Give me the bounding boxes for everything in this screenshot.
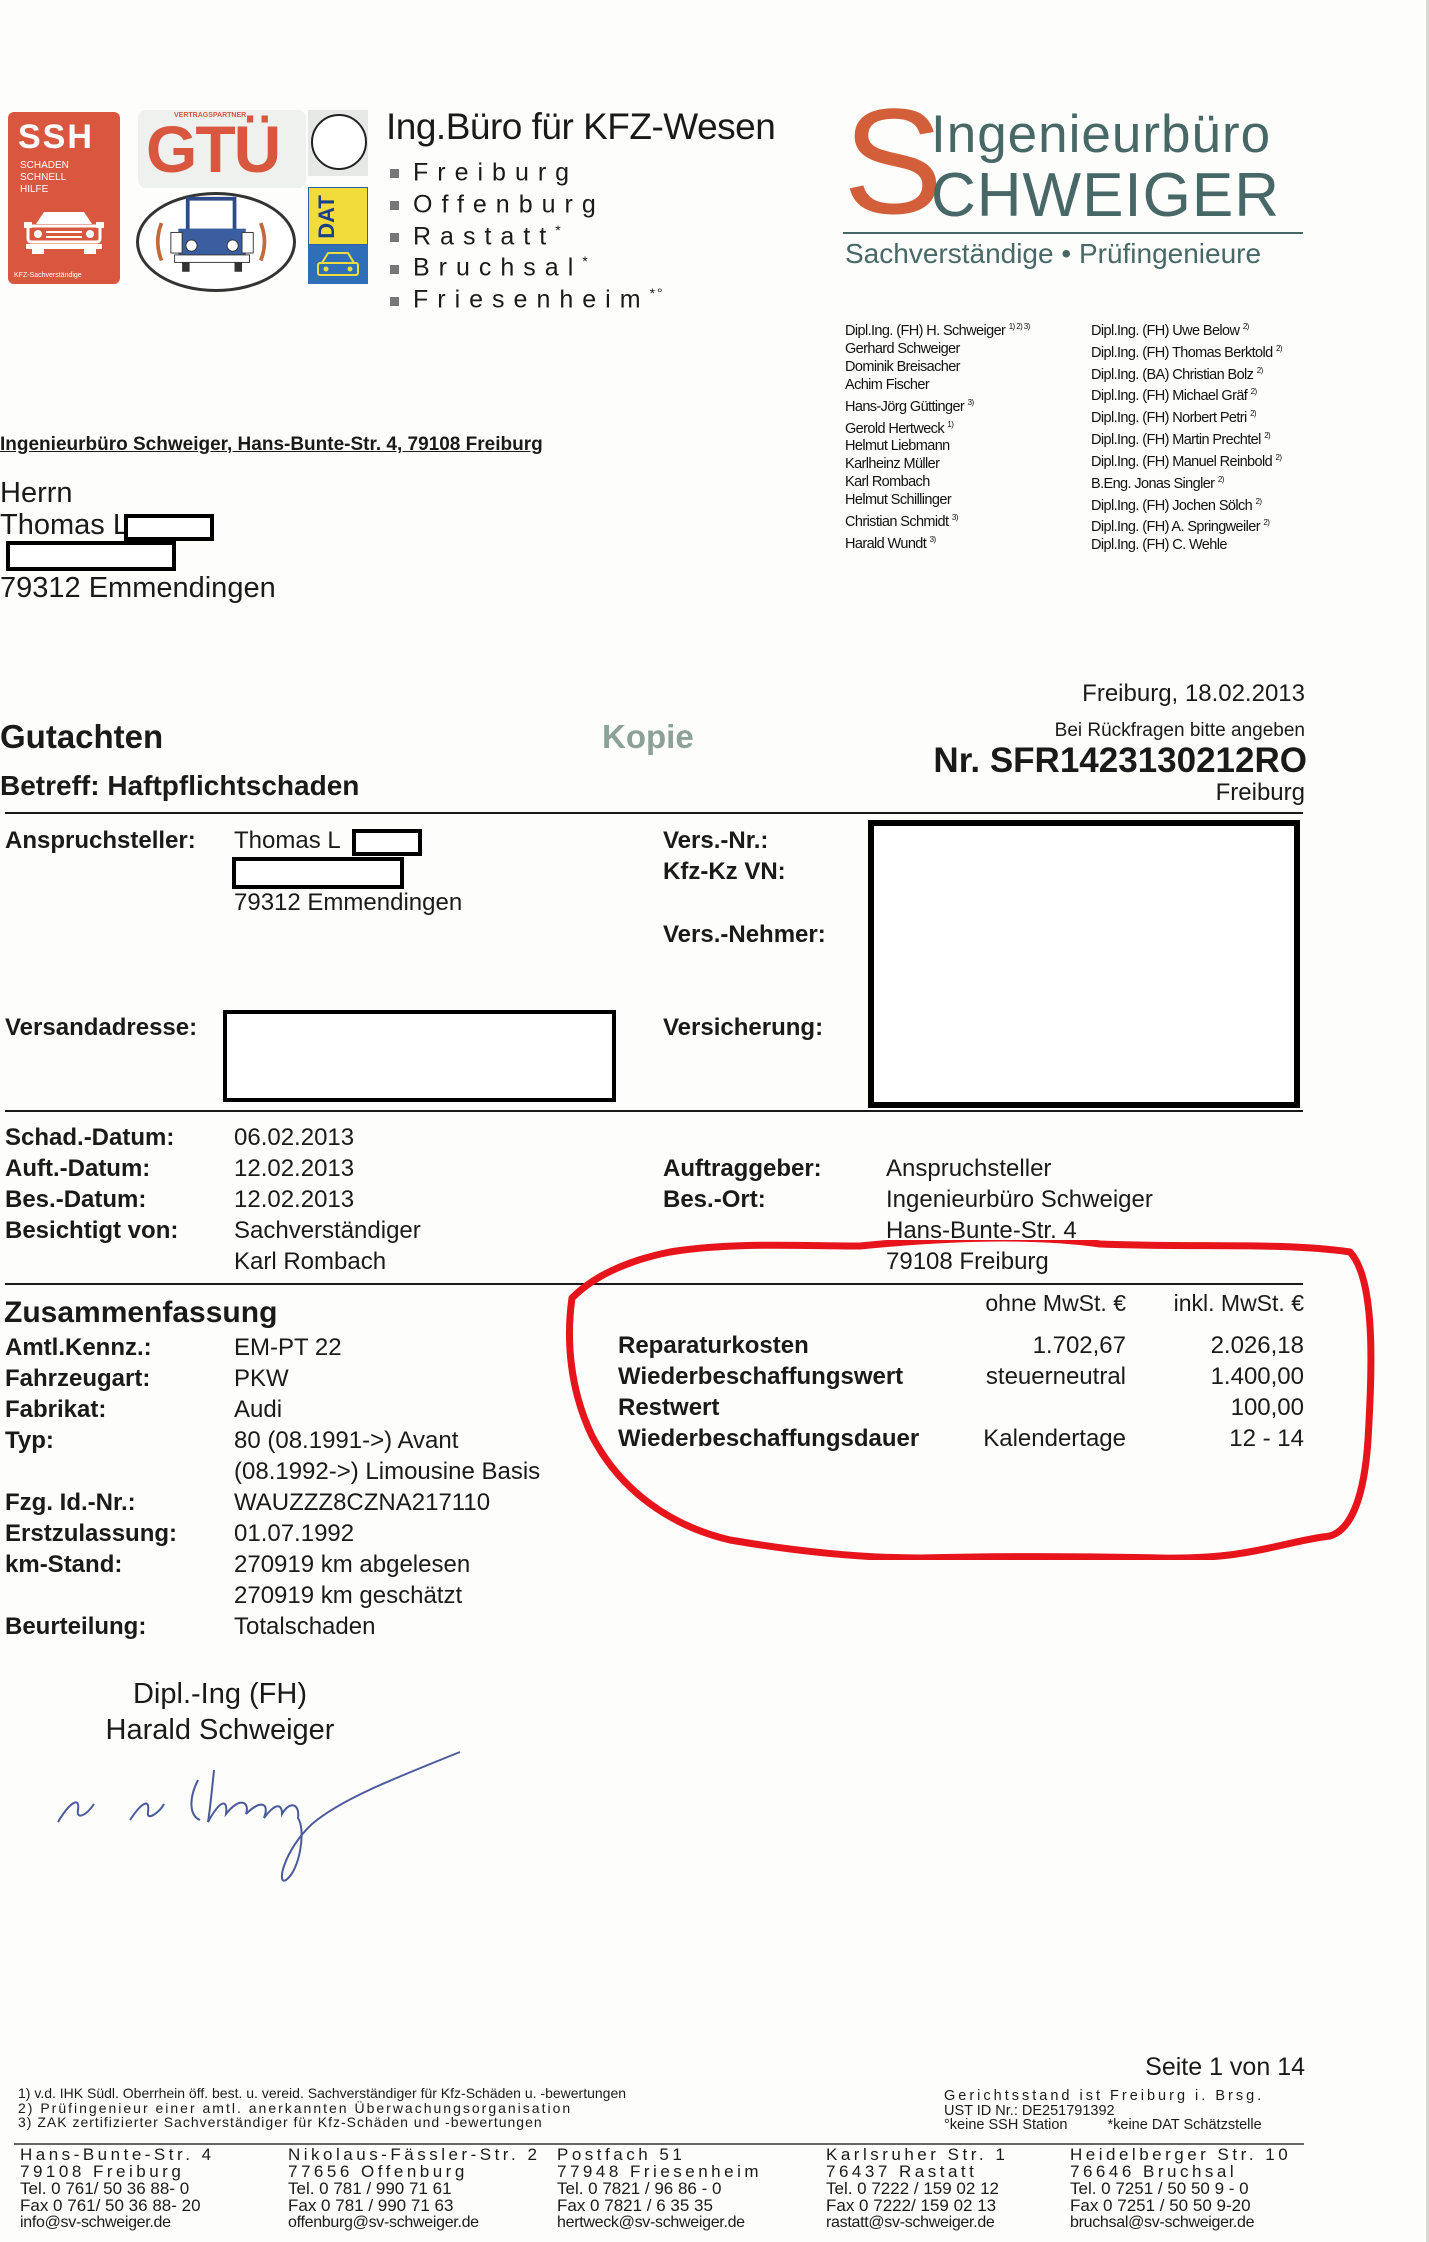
staff-member: Hans-Jörg Güttinger 3): [845, 394, 1030, 416]
brand-divider: [843, 232, 1303, 234]
cost-gross: 100,00: [1231, 1394, 1304, 1422]
staff-member: Harald Wundt 3): [845, 531, 1030, 553]
field-value: 270919 km abgelesen: [234, 1549, 470, 1580]
field-value: (08.1992->) Limousine Basis: [234, 1456, 540, 1487]
field-label: Fahrzeugart:: [5, 1363, 150, 1394]
divider: [5, 812, 1303, 814]
divider: [5, 1110, 1303, 1112]
office-address-line: 79108 Freiburg: [20, 2163, 215, 2180]
bullet-icon: [390, 233, 399, 242]
claimant-label: Anspruchsteller:: [5, 827, 196, 855]
cost-row: Reparaturkosten1.702,672.026,18: [618, 1332, 1304, 1363]
office-fax: Fax 0 781 / 990 71 63: [288, 2197, 540, 2214]
cost-row: Wiederbeschaffungswertsteuerneutral1.400…: [618, 1363, 1304, 1394]
cost-label: Reparaturkosten: [618, 1332, 809, 1360]
shipping-address-label: Versandadresse:: [5, 1014, 197, 1042]
legal-info: Gerichtsstand ist Freiburg i. Brsg. UST …: [944, 2089, 1264, 2133]
ssh-logo-footer: KFZ-Sachverständige: [14, 272, 82, 279]
brand-initial: S: [843, 86, 943, 236]
office-address-line: Karlsruher Str. 1: [826, 2146, 1008, 2163]
inspection-sticker-icon: [308, 110, 368, 176]
handwritten-signature: [50, 1740, 510, 1890]
office-email[interactable]: info@sv-schweiger.de: [20, 2214, 215, 2231]
field-value: 79108 Freiburg: [886, 1246, 1049, 1277]
footnote-ref: 1): [947, 420, 953, 429]
branch-item: Offenburg: [390, 186, 665, 218]
cost-label: Wiederbeschaffungsdauer: [618, 1425, 919, 1453]
staff-member: Dipl.Ing. (FH) Norbert Petri 2): [1091, 405, 1282, 427]
cost-gross: 1.400,00: [1211, 1363, 1304, 1391]
footnote-ref: 2): [1250, 409, 1256, 418]
office-address-line: Postfach 51: [557, 2146, 762, 2163]
staff-member: Achim Fischer: [845, 376, 1030, 394]
field-value: PKW: [234, 1363, 289, 1394]
staff-member: Dominik Breisacher: [845, 358, 1030, 376]
field-label: Bes.-Ort:: [663, 1184, 766, 1215]
cost-label: Wiederbeschaffungswert: [618, 1363, 903, 1391]
footnote-ref: 2): [1243, 322, 1249, 331]
office-phone: Tel. 0 7251 / 50 50 9 - 0: [1070, 2180, 1291, 2197]
field-label: Amtl.Kennz.:: [5, 1332, 152, 1363]
dat-title: DAT: [314, 195, 340, 239]
staff-member: Karl Rombach: [845, 473, 1030, 491]
office-contact: Karlsruher Str. 176437 RastattTel. 0 722…: [826, 2146, 1008, 2231]
staff-member: Dipl.Ing. (FH) A. Springweiler 2): [1091, 514, 1282, 536]
cost-row: Restwert100,00: [618, 1394, 1304, 1425]
field-label: Fzg. Id.-Nr.:: [5, 1487, 136, 1518]
field-value: Audi: [234, 1394, 282, 1425]
office-fax: Fax 0 7222/ 159 02 13: [826, 2197, 1008, 2214]
staff-member: Dipl.Ing. (FH) H. Schweiger 1) 2) 3): [845, 318, 1030, 340]
office-contact: Nikolaus-Fässler-Str. 277656 OffenburgTe…: [288, 2146, 540, 2231]
bullet-icon: [390, 297, 399, 306]
cost-row: WiederbeschaffungsdauerKalendertage12 - …: [618, 1425, 1304, 1456]
gtu-logo: VERTRAGSPARTNER GTÜ: [138, 110, 306, 188]
office-email[interactable]: hertweck@sv-schweiger.de: [557, 2214, 762, 2231]
field-label: Besichtigt von:: [5, 1215, 178, 1246]
cost-net: 1.702,67: [1033, 1332, 1126, 1360]
cost-gross: 12 - 14: [1229, 1425, 1304, 1453]
redaction-box: [124, 514, 214, 541]
field-value: Sachverständiger: [234, 1215, 421, 1246]
policy-number-label: Vers.-Nr.:: [663, 827, 768, 855]
field-value: 12.02.2013: [234, 1153, 354, 1184]
insurer-label: Versicherung:: [663, 1014, 823, 1042]
footnote-ref: 1) 2) 3): [1009, 322, 1030, 331]
office-contact: Heidelberger Str. 1076646 BruchsalTel. 0…: [1070, 2146, 1291, 2231]
office-phone: Tel. 0 781 / 990 71 61: [288, 2180, 540, 2197]
recipient-salutation: Herrn: [0, 478, 276, 510]
ssh-logo: SSH SCHADEN SCHNELL HILFE KFZ-Sachverstä…: [8, 112, 120, 284]
field-value: 12.02.2013: [234, 1184, 354, 1215]
footnote: 2) Prüfingenieur einer amtl. anerkannten…: [18, 2101, 626, 2116]
document-title: Gutachten: [0, 718, 163, 756]
brand-line2: CHWEIGER: [931, 160, 1280, 231]
cost-net: steuerneutral: [986, 1363, 1126, 1391]
ssh-line: SCHADEN: [20, 160, 69, 172]
gtu-title: GTÜ: [146, 114, 279, 184]
staff-member: Dipl.Ing. (FH) Thomas Berktold 2): [1091, 340, 1282, 362]
cost-gross: 2.026,18: [1211, 1332, 1304, 1360]
cost-net: Kalendertage: [983, 1425, 1126, 1453]
field-value: 06.02.2013: [234, 1122, 354, 1153]
office-phone: Tel. 0 7821 / 96 86 - 0: [557, 2180, 762, 2197]
field-label: Beurteilung:: [5, 1611, 146, 1642]
office-address-line: 77948 Friesenheim: [557, 2163, 762, 2180]
vat-id: UST ID Nr.: DE251791392: [944, 2104, 1264, 2119]
claimant-name: Thomas L: [234, 827, 341, 855]
field-value: EM-PT 22: [234, 1332, 342, 1363]
footnote-ref: 2): [1276, 453, 1282, 462]
footnote-ref: 2): [1263, 518, 1269, 527]
office-contact: Hans-Bunte-Str. 479108 FreiburgTel. 0 76…: [20, 2146, 215, 2231]
staff-member: Dipl.Ing. (FH) C. Wehle: [1091, 536, 1282, 554]
branch-item: Freiburg: [390, 154, 665, 186]
branch-item: Rastatt*: [390, 218, 665, 250]
dat-logo: DAT: [308, 187, 368, 284]
office-fax: Fax 0 761/ 50 36 88- 20: [20, 2197, 215, 2214]
field-label: Bes.-Datum:: [5, 1184, 146, 1215]
car-icon: [22, 208, 106, 254]
footnote-ref: 2): [1251, 387, 1257, 396]
staff-member: B.Eng. Jonas Singler 2): [1091, 471, 1282, 493]
branch-item: Friesenheim*°: [390, 281, 665, 313]
footnotes: 1) v.d. IHK Südl. Oberrhein öff. best. u…: [18, 2086, 626, 2130]
field-label: Fabrikat:: [5, 1394, 106, 1425]
ssh-logo-lines: SCHADEN SCHNELL HILFE: [20, 160, 69, 196]
office-fax: Fax 0 7821 / 6 35 35: [557, 2197, 762, 2214]
office-email[interactable]: offenburg@sv-schweiger.de: [288, 2214, 540, 2231]
staff-list-left: Dipl.Ing. (FH) H. Schweiger 1) 2) 3)Gerh…: [845, 318, 1030, 553]
field-value: 80 (08.1991->) Avant: [234, 1425, 458, 1456]
staff-member: Karlheinz Müller: [845, 455, 1030, 473]
column-net: ohne MwSt. €: [985, 1290, 1126, 1317]
staff-member: Dipl.Ing. (FH) Uwe Below 2): [1091, 318, 1282, 340]
branch-item: Bruchsal*: [390, 249, 665, 281]
staff-member: Helmut Liebmann: [845, 437, 1030, 455]
office-address-line: 77656 Offenburg: [288, 2163, 540, 2180]
office-address-line: Hans-Bunte-Str. 4: [20, 2146, 215, 2163]
brand-subtitle: Sachverständige • Prüfingenieure: [845, 238, 1261, 270]
footnote: 3) ZAK zertifizierter Sachverständiger f…: [18, 2115, 626, 2130]
staff-member: Gerhard Schweiger: [845, 340, 1030, 358]
ssh-line: SCHNELL: [20, 172, 69, 184]
reference-hint: Bei Rückfragen bitte angeben: [1055, 720, 1305, 742]
footnote-ref: 3): [968, 398, 974, 407]
staff-member: Dipl.Ing. (FH) Michael Gräf 2): [1091, 383, 1282, 405]
cost-label: Restwert: [618, 1394, 719, 1422]
office-address-line: 76437 Rastatt: [826, 2163, 1008, 2180]
staff-member: Dipl.Ing. (FH) Jochen Sölch 2): [1091, 493, 1282, 515]
branch-list: Freiburg Offenburg Rastatt* Bruchsal* Fr…: [390, 154, 665, 313]
summary-heading: Zusammenfassung: [4, 1296, 277, 1330]
staff-member: Dipl.Ing. (FH) Martin Prechtel 2): [1091, 427, 1282, 449]
field-label: Auft.-Datum:: [5, 1153, 150, 1184]
bullet-icon: [390, 201, 399, 210]
bullet-icon: [390, 169, 399, 178]
field-value: Hans-Bunte-Str. 4: [886, 1215, 1077, 1246]
field-value: WAUZZZ8CZNA217110: [234, 1487, 490, 1518]
reference-number: Nr. SFR1423130212RO: [933, 741, 1307, 781]
recipient-city: 79312 Emmendingen: [0, 573, 276, 605]
signatory-title: Dipl.-Ing (FH): [0, 1676, 440, 1712]
redaction-box: [223, 1010, 616, 1102]
divider: [5, 1283, 1303, 1285]
column-gross: inkl. MwSt. €: [1174, 1290, 1304, 1317]
redaction-box: [352, 829, 422, 856]
copy-mark: Kopie: [602, 718, 694, 756]
field-label: km-Stand:: [5, 1549, 122, 1580]
footnote-ref: 2): [1218, 475, 1224, 484]
redaction-box: [6, 541, 176, 571]
field-value: Totalschaden: [234, 1611, 375, 1642]
brand-line1: Ingenieurbüro: [931, 104, 1271, 165]
office-fax: Fax 0 7251 / 50 50 9-20: [1070, 2197, 1291, 2214]
signature-block: Dipl.-Ing (FH) Harald Schweiger: [0, 1676, 440, 1748]
footnote-ref: 3): [930, 535, 936, 544]
claimant-city: 79312 Emmendingen: [234, 889, 462, 917]
footnote-ref: 2): [1256, 497, 1262, 506]
staff-member: Dipl.Ing. (BA) Christian Bolz 2): [1091, 362, 1282, 384]
field-value: 270919 km geschätzt: [234, 1580, 462, 1611]
field-label: Schad.-Datum:: [5, 1122, 174, 1153]
footnote-ref: 2): [1257, 366, 1263, 375]
staff-member: Gerold Hertweck 1): [845, 416, 1030, 438]
ssh-logo-title: SSH: [18, 118, 94, 157]
office-phone: Tel. 0 7222 / 159 02 12: [826, 2180, 1008, 2197]
office-email[interactable]: rastatt@sv-schweiger.de: [826, 2214, 1008, 2231]
court-jurisdiction: Gerichtsstand ist Freiburg i. Brsg.: [944, 2089, 1264, 2104]
office-address-line: Nikolaus-Fässler-Str. 2: [288, 2146, 540, 2163]
policyholder-plate-label: Kfz-Kz VN:: [663, 858, 786, 886]
field-value: Anspruchsteller: [886, 1153, 1051, 1184]
bullet-icon: [390, 265, 399, 274]
office-address-line: Heidelberger Str. 10: [1070, 2146, 1291, 2163]
schweiger-logo: S Ingenieurbüro CHWEIGER Sachverständige…: [843, 104, 1303, 276]
page-number: Seite 1 von 14: [1145, 2053, 1305, 2082]
office-phone: Tel. 0 761/ 50 36 88- 0: [20, 2180, 215, 2197]
redaction-box: [232, 857, 404, 889]
sender-return-address: Ingenieurbüro Schweiger, Hans-Bunte-Str.…: [0, 434, 543, 456]
field-label: Auftraggeber:: [663, 1153, 822, 1184]
staff-list-right: Dipl.Ing. (FH) Uwe Below 2)Dipl.Ing. (FH…: [1091, 318, 1282, 554]
car-icon: [308, 245, 368, 284]
ssh-line: HILFE: [20, 184, 69, 196]
field-value: 01.07.1992: [234, 1518, 354, 1549]
field-value: Karl Rombach: [234, 1246, 386, 1277]
field-label: Typ:: [5, 1425, 54, 1456]
truck-logo-icon: [136, 192, 296, 292]
subject-line: Betreff: Haftpflichtschaden: [0, 770, 359, 802]
footnote-ref: 3): [952, 513, 958, 522]
office-address-line: 76646 Bruchsal: [1070, 2163, 1291, 2180]
policyholder-label: Vers.-Nehmer:: [663, 921, 826, 949]
office-email[interactable]: bruchsal@sv-schweiger.de: [1070, 2214, 1291, 2231]
staff-member: Helmut Schillinger: [845, 491, 1030, 509]
footnote-ref: 2): [1264, 431, 1270, 440]
reference-city: Freiburg: [1216, 779, 1305, 807]
footnote: 1) v.d. IHK Südl. Oberrhein öff. best. u…: [18, 2086, 626, 2101]
office-title: Ing.Büro für KFZ-Wesen: [386, 106, 775, 148]
redaction-box: [868, 820, 1300, 1108]
place-date: Freiburg, 18.02.2013: [1082, 680, 1305, 708]
staff-member: Dipl.Ing. (FH) Manuel Reinbold 2): [1091, 449, 1282, 471]
staff-member: Christian Schmidt 3): [845, 509, 1030, 531]
field-label: Erstzulassung:: [5, 1518, 177, 1549]
office-contact: Postfach 5177948 FriesenheimTel. 0 7821 …: [557, 2146, 762, 2231]
footnote-ref: 2): [1276, 344, 1282, 353]
field-value: Ingenieurbüro Schweiger: [886, 1184, 1153, 1215]
station-notes: °keine SSH Station*keine DAT Schätzstell…: [944, 2118, 1264, 2133]
